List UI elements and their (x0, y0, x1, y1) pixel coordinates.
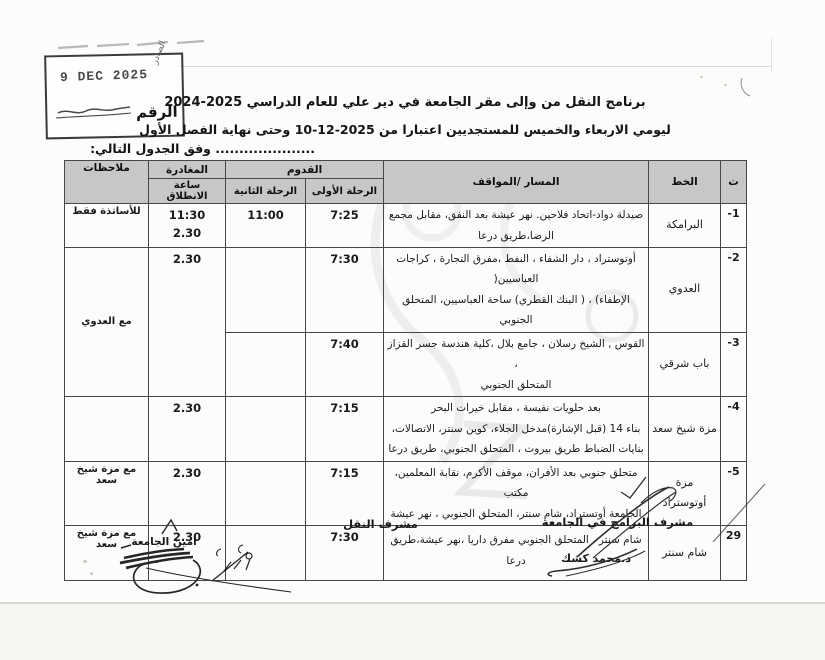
row-departure: 2.30 (149, 461, 226, 525)
row-line: مزة شيخ سعد (649, 397, 721, 461)
col-header-line: الخط (649, 161, 721, 204)
row-trip2 (226, 526, 306, 581)
scan-speck (724, 84, 727, 86)
table-row: -4 مزة شيخ سعد بعد حلويات نفيسة ، مقابل … (65, 397, 747, 461)
table-row: -1 البرامكة صيدلة دواد-اتحاد فلاحين. نهر… (65, 204, 747, 248)
signature-programs-supervisor: مشرف البرامج في الجامعة (540, 515, 695, 529)
row-departure: 11:30 2.30 (149, 204, 226, 248)
col-header-route: المسار /المواقف (384, 161, 649, 204)
row-notes: للأساتذة فقط (65, 204, 149, 248)
col-header-departure: المغادرة (149, 161, 226, 179)
row-trip1: 7:15 (306, 461, 384, 525)
row-notes: مع مزة شيخ سعد (65, 526, 149, 581)
row-departure: 2.30 (149, 248, 226, 397)
table-row: -2 العدوي أوتوستراد ، دار الشفاء ، النفط… (65, 248, 747, 333)
document-subtitle: ليومي الاربعاء والخميس للمستجديين اعتبار… (60, 122, 750, 137)
col-header-trip2: الرحلة الثانية (226, 179, 306, 204)
row-trip1: 7:30 (306, 526, 384, 581)
row-trip2 (226, 461, 306, 525)
scan-line-top (178, 66, 772, 67)
row-trip2: 11:00 (226, 204, 306, 248)
scan-speck (700, 76, 703, 78)
signature-programs-supervisor-name: د.محمد كشك (546, 552, 646, 565)
row-trip2 (226, 248, 306, 333)
row-num: -3 (721, 332, 747, 396)
row-departure: 2.30 (149, 526, 226, 581)
signature-university-secretary: امين الجامعة (131, 536, 197, 548)
scan-bottom-edge (0, 602, 825, 604)
row-notes (65, 397, 149, 461)
col-header-num: ت (721, 161, 747, 204)
row-line: باب شرقي (649, 332, 721, 396)
row-route: القوس , الشيخ رسلان ، جامع بلال ،كلية هن… (384, 332, 649, 396)
row-trip2 (226, 332, 306, 396)
col-header-notes: ملاحظات (65, 161, 149, 204)
row-num: -2 (721, 248, 747, 333)
row-num: 29 (721, 526, 747, 581)
row-num: -5 (721, 461, 747, 525)
row-route: بعد حلويات نفيسة ، مقابل خيرات البحر بنا… (384, 397, 649, 461)
col-header-trip1: الرحلة الأولى (306, 179, 384, 204)
document-subtitle-continuation: ..................... وفق الجدول التالي: (65, 141, 315, 156)
row-notes: مع مزة شيخ سعد (65, 461, 149, 525)
row-line: البرامكة (649, 204, 721, 248)
row-trip1: 7:15 (306, 397, 384, 461)
signature-transport-supervisor: مشرف النقل (333, 517, 428, 531)
row-trip1: 7:40 (306, 332, 384, 396)
row-route: أوتوستراد ، دار الشفاء ، النفط ،مفرق الت… (384, 248, 649, 333)
row-departure: 2.30 (149, 397, 226, 461)
document-title: برنامج النقل من وإلى مقر الجامعة في دير … (60, 95, 750, 110)
row-num: -4 (721, 397, 747, 461)
scan-bottom-area (0, 604, 825, 660)
row-trip1: 7:30 (306, 248, 384, 333)
row-trip1: 7:25 (306, 204, 384, 248)
scanned-document-page: 9 DEC 2025 الصادر الرقم برنامج النقل من … (0, 0, 825, 660)
row-num: -1 (721, 204, 747, 248)
row-line: شام سنتر (649, 526, 721, 581)
faded-header-marks (58, 41, 204, 48)
pen-mark-top-right (741, 78, 750, 96)
row-notes: مع العدوي (65, 248, 149, 397)
row-line: العدوي (649, 248, 721, 333)
scan-edge-right (771, 38, 772, 72)
row-trip2 (226, 397, 306, 461)
row-route: صيدلة دواد-اتحاد فلاحين. نهر عيشة بعد ال… (384, 204, 649, 248)
col-header-arrival: القدوم (226, 161, 384, 179)
col-header-departure-time: ساعة الانطلاق (149, 179, 226, 204)
